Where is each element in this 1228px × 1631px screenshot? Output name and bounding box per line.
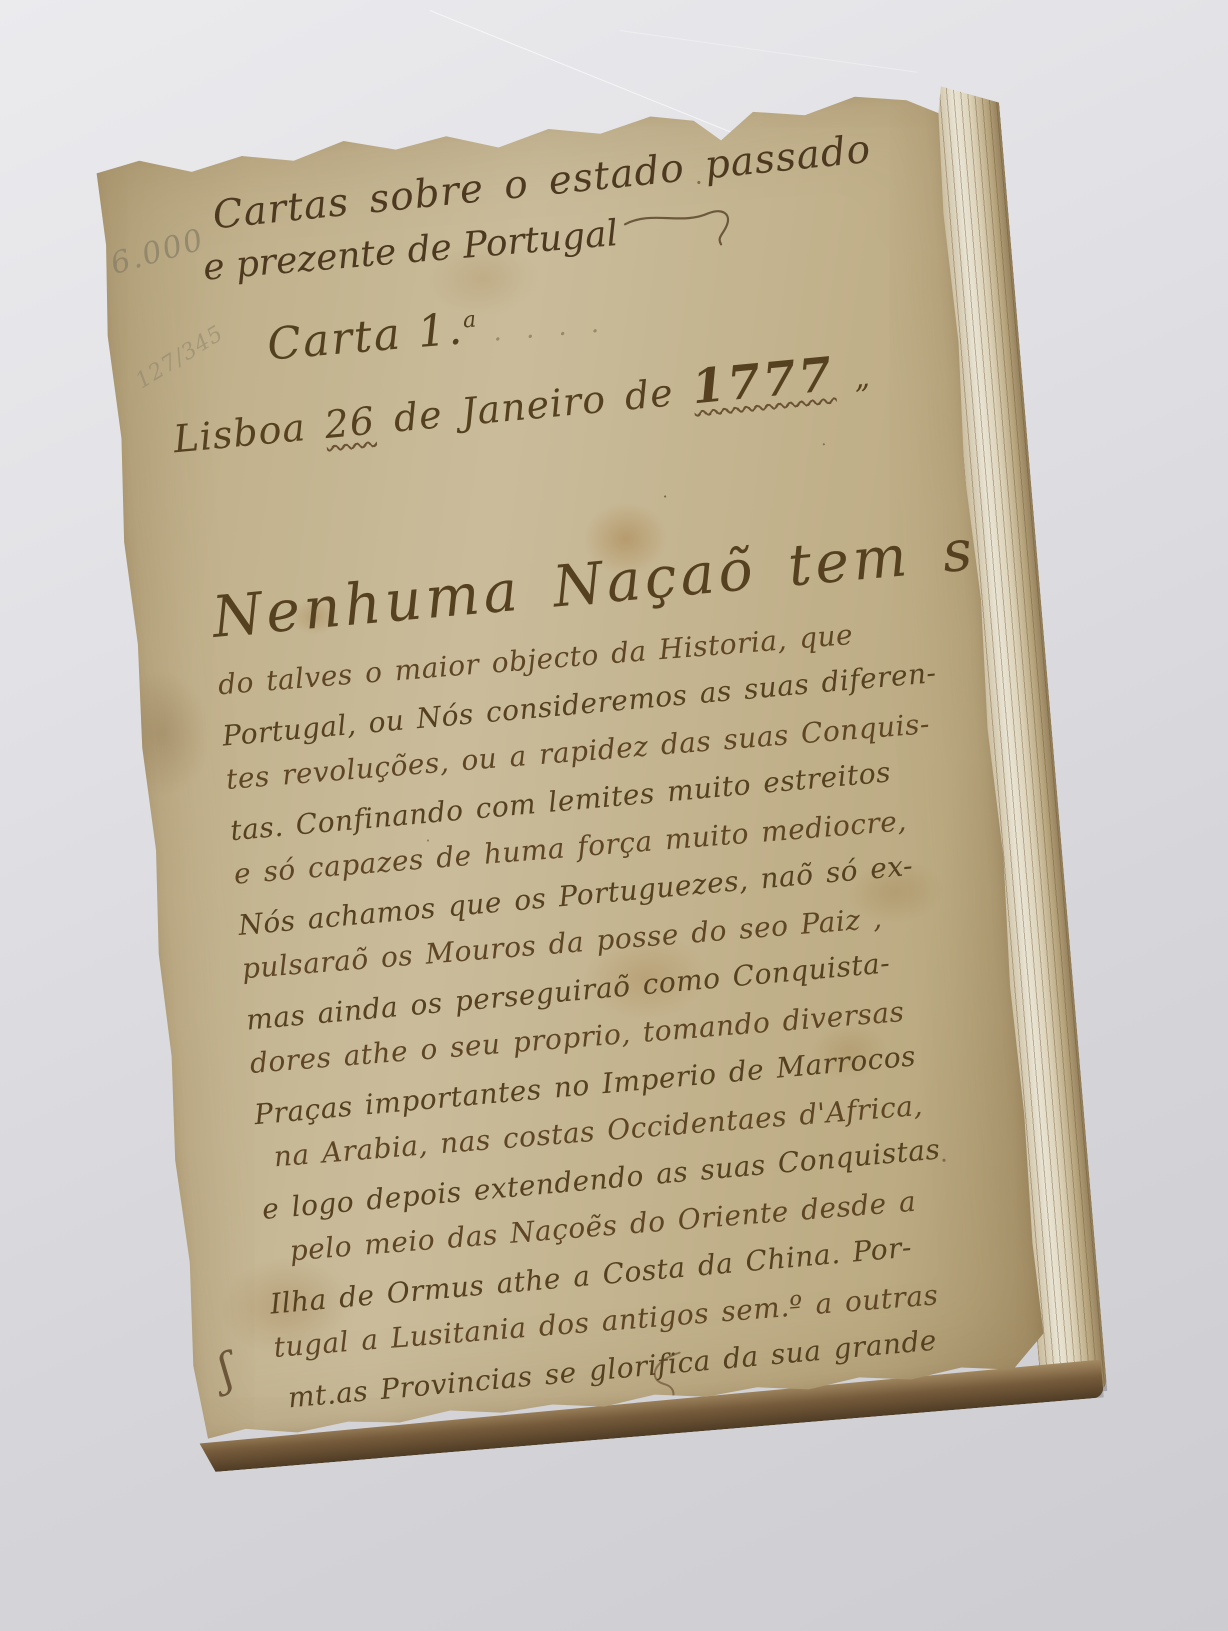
manuscript-book: 6.000 127/345 Cartas sobre o estado pass… [87,84,1047,1443]
letter-heading-label: Carta 1. [265,303,465,370]
ink-flourish-mark: ʃ [212,1344,240,1396]
dateline-day: 26 [323,399,377,448]
letter-body: Nenhuma Naçaõ tem si- do talves o maior … [210,523,998,1420]
dateline-month: de Janeiro de [392,370,676,440]
dateline-place: Lisboa [171,405,307,461]
heading-trailing-dots: . . . . [492,308,608,347]
letter-heading-superscript: a [462,307,479,333]
background-scratch [620,30,917,73]
manuscript-title: Cartas sobre o estado passado e prezente… [211,133,878,289]
photo-background: 6.000 127/345 Cartas sobre o estado pass… [0,0,1228,1631]
pen-swash-flourish [622,200,745,254]
pencil-mark-price: 6.000 [107,222,209,282]
manuscript-front-page: 6.000 127/345 Cartas sobre o estado pass… [87,84,1047,1443]
dateline-year: 1777 [690,347,837,415]
dateline-end-mark: „ [852,360,872,396]
